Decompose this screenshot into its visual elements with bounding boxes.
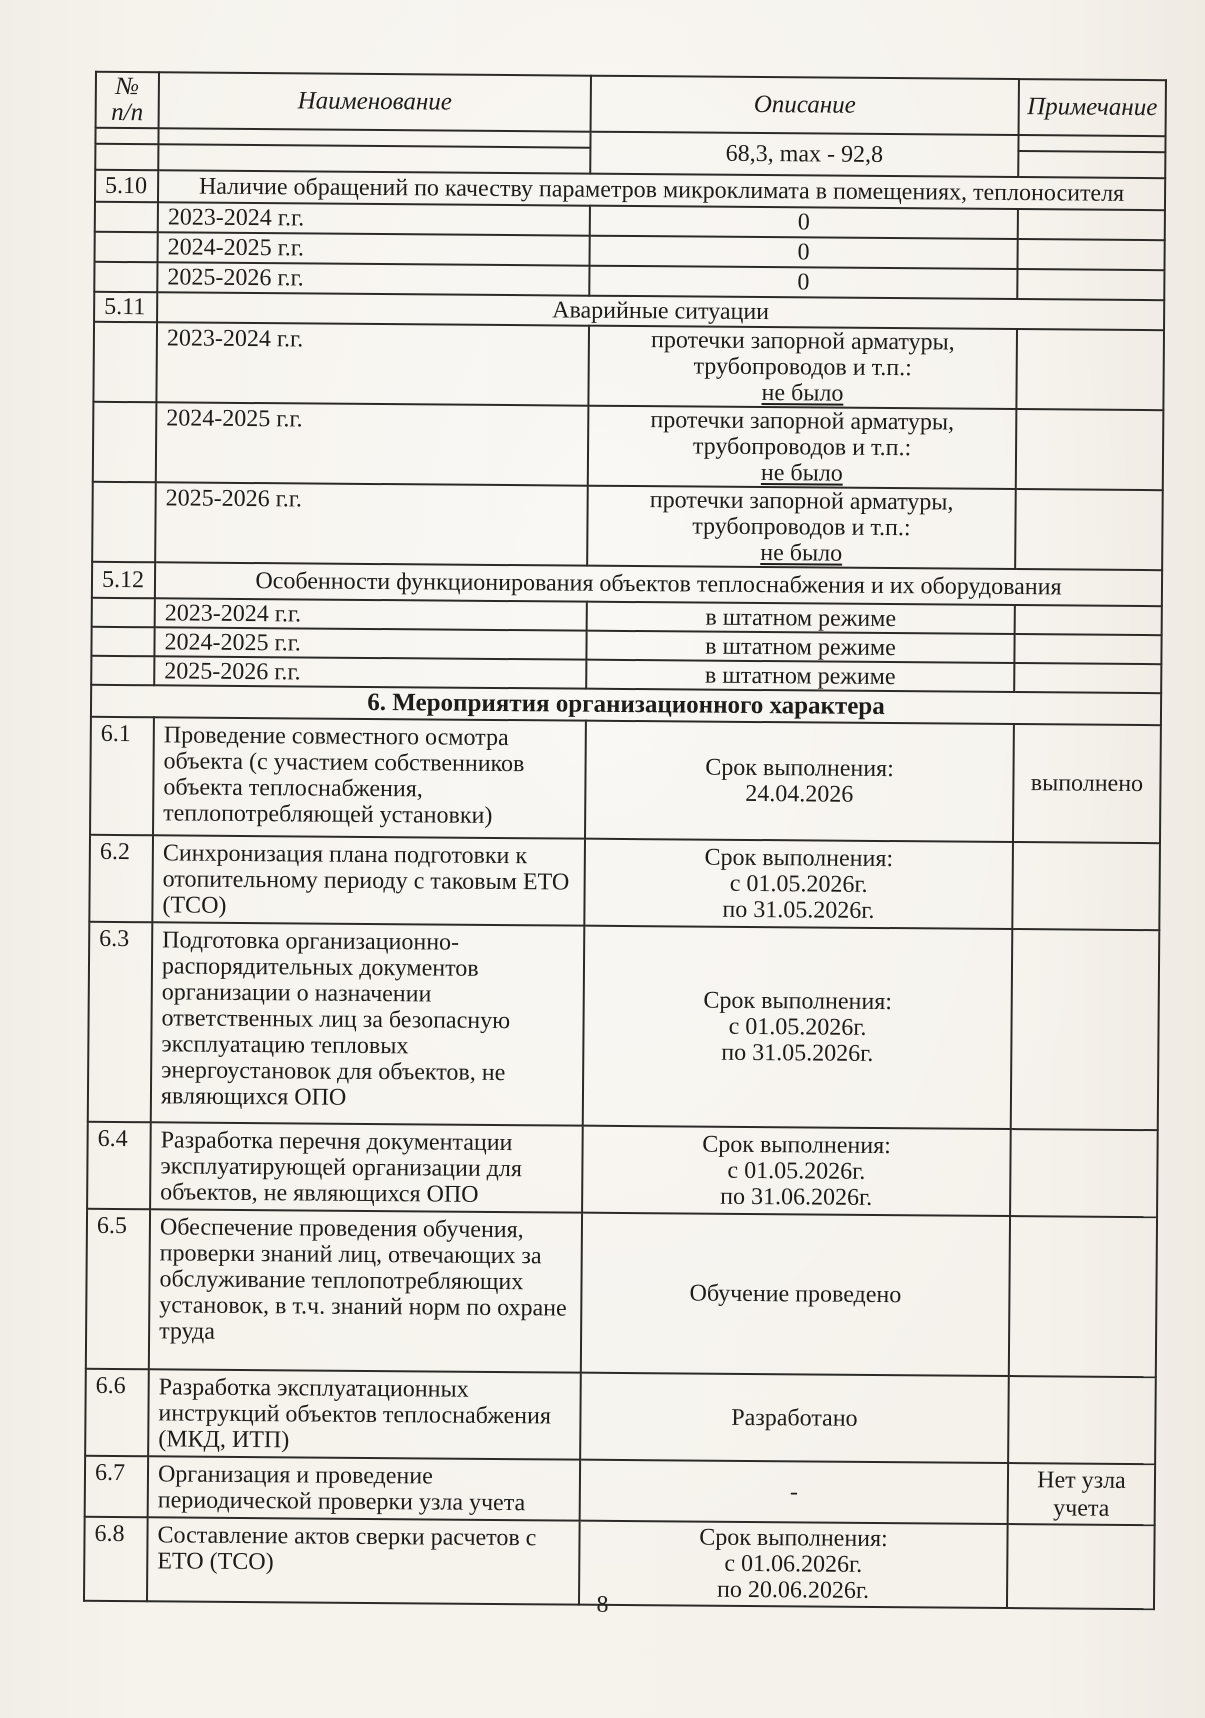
incident-result: не было [589,459,1015,488]
year-label: 2023-2024 г.г. [156,322,589,405]
empty-cell [1015,489,1163,570]
row-5-11-year-2: 2024-2025 г.г. протечки запорной арматур… [93,402,1164,490]
page-number: 8 [0,1592,1205,1619]
row-description: Разработано [580,1373,1009,1463]
year-label: 2023-2024 г.г. [158,202,590,235]
row-name: Разработка перечня документации эксплуат… [150,1122,583,1212]
incident-line-1: протечки запорной арматуры, [589,487,1015,516]
table-header-row: № п/п Наименование Описание Примечание [96,72,1166,136]
empty-cell [1018,209,1165,240]
report-table: № п/п Наименование Описание Примечание 6… [83,71,1167,1610]
year-value: 0 [590,236,1018,269]
row-note [1010,1129,1158,1217]
row-5-11-number: 5.11 [94,292,157,322]
row-description: Срок выполнения: 24.04.2026 [585,721,1014,842]
year-label: 2025-2026 г.г. [157,262,589,295]
desc-line: с 01.06.2026г. [580,1550,1006,1579]
row-5-10-number: 5.10 [95,170,158,202]
desc-line: по 31.06.2026г. [583,1182,1009,1211]
row-note [1011,929,1160,1130]
empty-cell [1017,269,1164,300]
header-cell-name: Наименование [159,72,591,131]
carryover-description: 68,3, max - 92,8 [590,132,1018,177]
desc-line: с 01.05.2026г. [583,1156,1009,1185]
empty-cell [95,128,158,144]
desc-line: Разработано [581,1403,1007,1432]
header-cell-description: Описание [591,76,1019,135]
row-number: 6.7 [85,1456,148,1517]
year-label: 2024-2025 г.г. [158,232,590,265]
year-label: 2025-2026 г.г. [155,482,588,565]
empty-cell [94,262,157,292]
desc-line: с 01.05.2026г. [584,1013,1010,1042]
incident-description: протечки запорной арматуры, трубопроводо… [588,326,1017,409]
row-6-1: 6.1 Проведение совместного осмотра объек… [90,717,1161,843]
row-6-7: 6.7 Организация и проведение периодическ… [85,1456,1155,1525]
incident-description: протечки запорной арматуры, трубопроводо… [588,406,1017,489]
desc-line: по 31.05.2026г. [584,1039,1010,1068]
header-cell-num: № п/п [96,72,159,128]
empty-cell [91,627,154,656]
desc-line: Обучение проведено [582,1280,1008,1309]
empty-cell [95,232,158,262]
row-5-11-year-3: 2025-2026 г.г. протечки запорной арматур… [92,482,1163,570]
row-number: 6.8 [84,1517,148,1601]
desc-line: Срок выполнения: [580,1524,1006,1553]
year-value: 0 [589,266,1017,299]
empty-cell [93,322,157,402]
row-name: Разработка эксплуатационных инструкций о… [148,1369,581,1459]
row-note [1009,1216,1157,1377]
empty-cell [1018,135,1165,152]
row-name: Проведение совместного осмотра объекта (… [153,717,586,838]
empty-cell [92,598,155,627]
desc-line: Срок выполнения: [586,843,1012,872]
row-6-5: 6.5 Обеспечение проведения обучения, про… [86,1209,1157,1377]
row-note [1008,1376,1156,1464]
desc-line: Срок выполнения: [585,987,1011,1016]
row-5-12-number: 5.12 [92,562,155,598]
row-name: Подготовка организационно-распорядительн… [151,922,585,1125]
row-number: 6.2 [89,835,153,922]
empty-cell [1015,605,1162,635]
row-number: 6.3 [88,922,153,1122]
row-number: 6.4 [87,1122,151,1209]
incident-line-2: трубопроводов и т.п.: [588,513,1014,542]
year-label: 2023-2024 г.г. [155,598,587,630]
report-table-wrap: № п/п Наименование Описание Примечание 6… [83,71,1167,1610]
year-value: 0 [590,206,1018,239]
empty-cell [1018,151,1165,178]
incident-description: протечки запорной арматуры, трубопроводо… [587,486,1016,569]
row-description: - [580,1460,1008,1524]
header-num-line2: п/п [97,100,158,126]
scanned-page: № п/п Наименование Описание Примечание 6… [0,0,1205,1718]
incident-result: не было [588,539,1014,568]
empty-cell [91,656,154,685]
year-value: в штатном режиме [586,660,1014,692]
empty-cell [95,202,158,232]
year-label: 2024-2025 г.г. [154,627,586,659]
row-6-6: 6.6 Разработка эксплуатационных инструкц… [85,1369,1156,1464]
desc-line: 24.04.2026 [586,780,1012,809]
empty-cell [1017,239,1164,270]
row-note: Нет узла учета [1008,1463,1155,1525]
incident-result: не было [589,379,1015,408]
desc-line: по 31.05.2026г. [585,895,1011,924]
empty-cell [1014,663,1161,693]
year-label: 2025-2026 г.г. [154,656,586,688]
row-note: выполнено [1013,724,1161,843]
row-description: Обучение проведено [581,1213,1010,1376]
empty-cell [92,482,156,562]
incident-line-1: протечки запорной арматуры, [589,407,1015,436]
row-description: Срок выполнения: с 01.05.2026г. по 31.05… [583,926,1013,1129]
year-value: в штатном режиме [586,631,1014,663]
header-cell-note: Примечание [1019,79,1166,136]
row-description: Срок выполнения: с 01.05.2026г. по 31.05… [584,839,1013,929]
empty-cell [93,402,157,482]
year-label: 2024-2025 г.г. [156,402,589,485]
row-note [1012,842,1160,930]
desc-line: Срок выполнения: [586,754,1012,783]
row-name: Синхронизация плана подготовки к отопите… [152,835,585,925]
row-name: Организация и проведение периодической п… [148,1456,580,1520]
desc-line: Срок выполнения: [584,1130,1010,1159]
row-name: Обеспечение проведения обучения, проверк… [149,1209,582,1372]
empty-cell [158,144,590,173]
incident-line-2: трубопроводов и т.п.: [590,353,1016,382]
empty-cell [1016,409,1164,490]
empty-cell [95,144,158,170]
row-description: Срок выполнения: с 01.05.2026г. по 31.06… [582,1126,1011,1216]
incident-line-2: трубопроводов и т.п.: [589,433,1015,462]
row-6-2: 6.2 Синхронизация плана подготовки к ото… [89,835,1160,930]
row-number: 6.1 [90,717,154,835]
empty-cell [1016,329,1164,410]
desc-line: - [581,1477,1007,1506]
incident-line-1: протечки запорной арматуры, [590,327,1016,356]
row-5-11-year-1: 2023-2024 г.г. протечки запорной арматур… [93,322,1164,410]
row-6-4: 6.4 Разработка перечня документации эксп… [87,1122,1158,1217]
row-6-3: 6.3 Подготовка организационно-распорядит… [88,922,1160,1130]
desc-line: с 01.05.2026г. [586,869,1012,898]
row-number: 6.5 [86,1209,150,1369]
header-num-line1: № [97,74,158,100]
empty-cell [1014,634,1161,664]
row-number: 6.6 [85,1369,149,1456]
year-value: в штатном режиме [587,602,1015,634]
